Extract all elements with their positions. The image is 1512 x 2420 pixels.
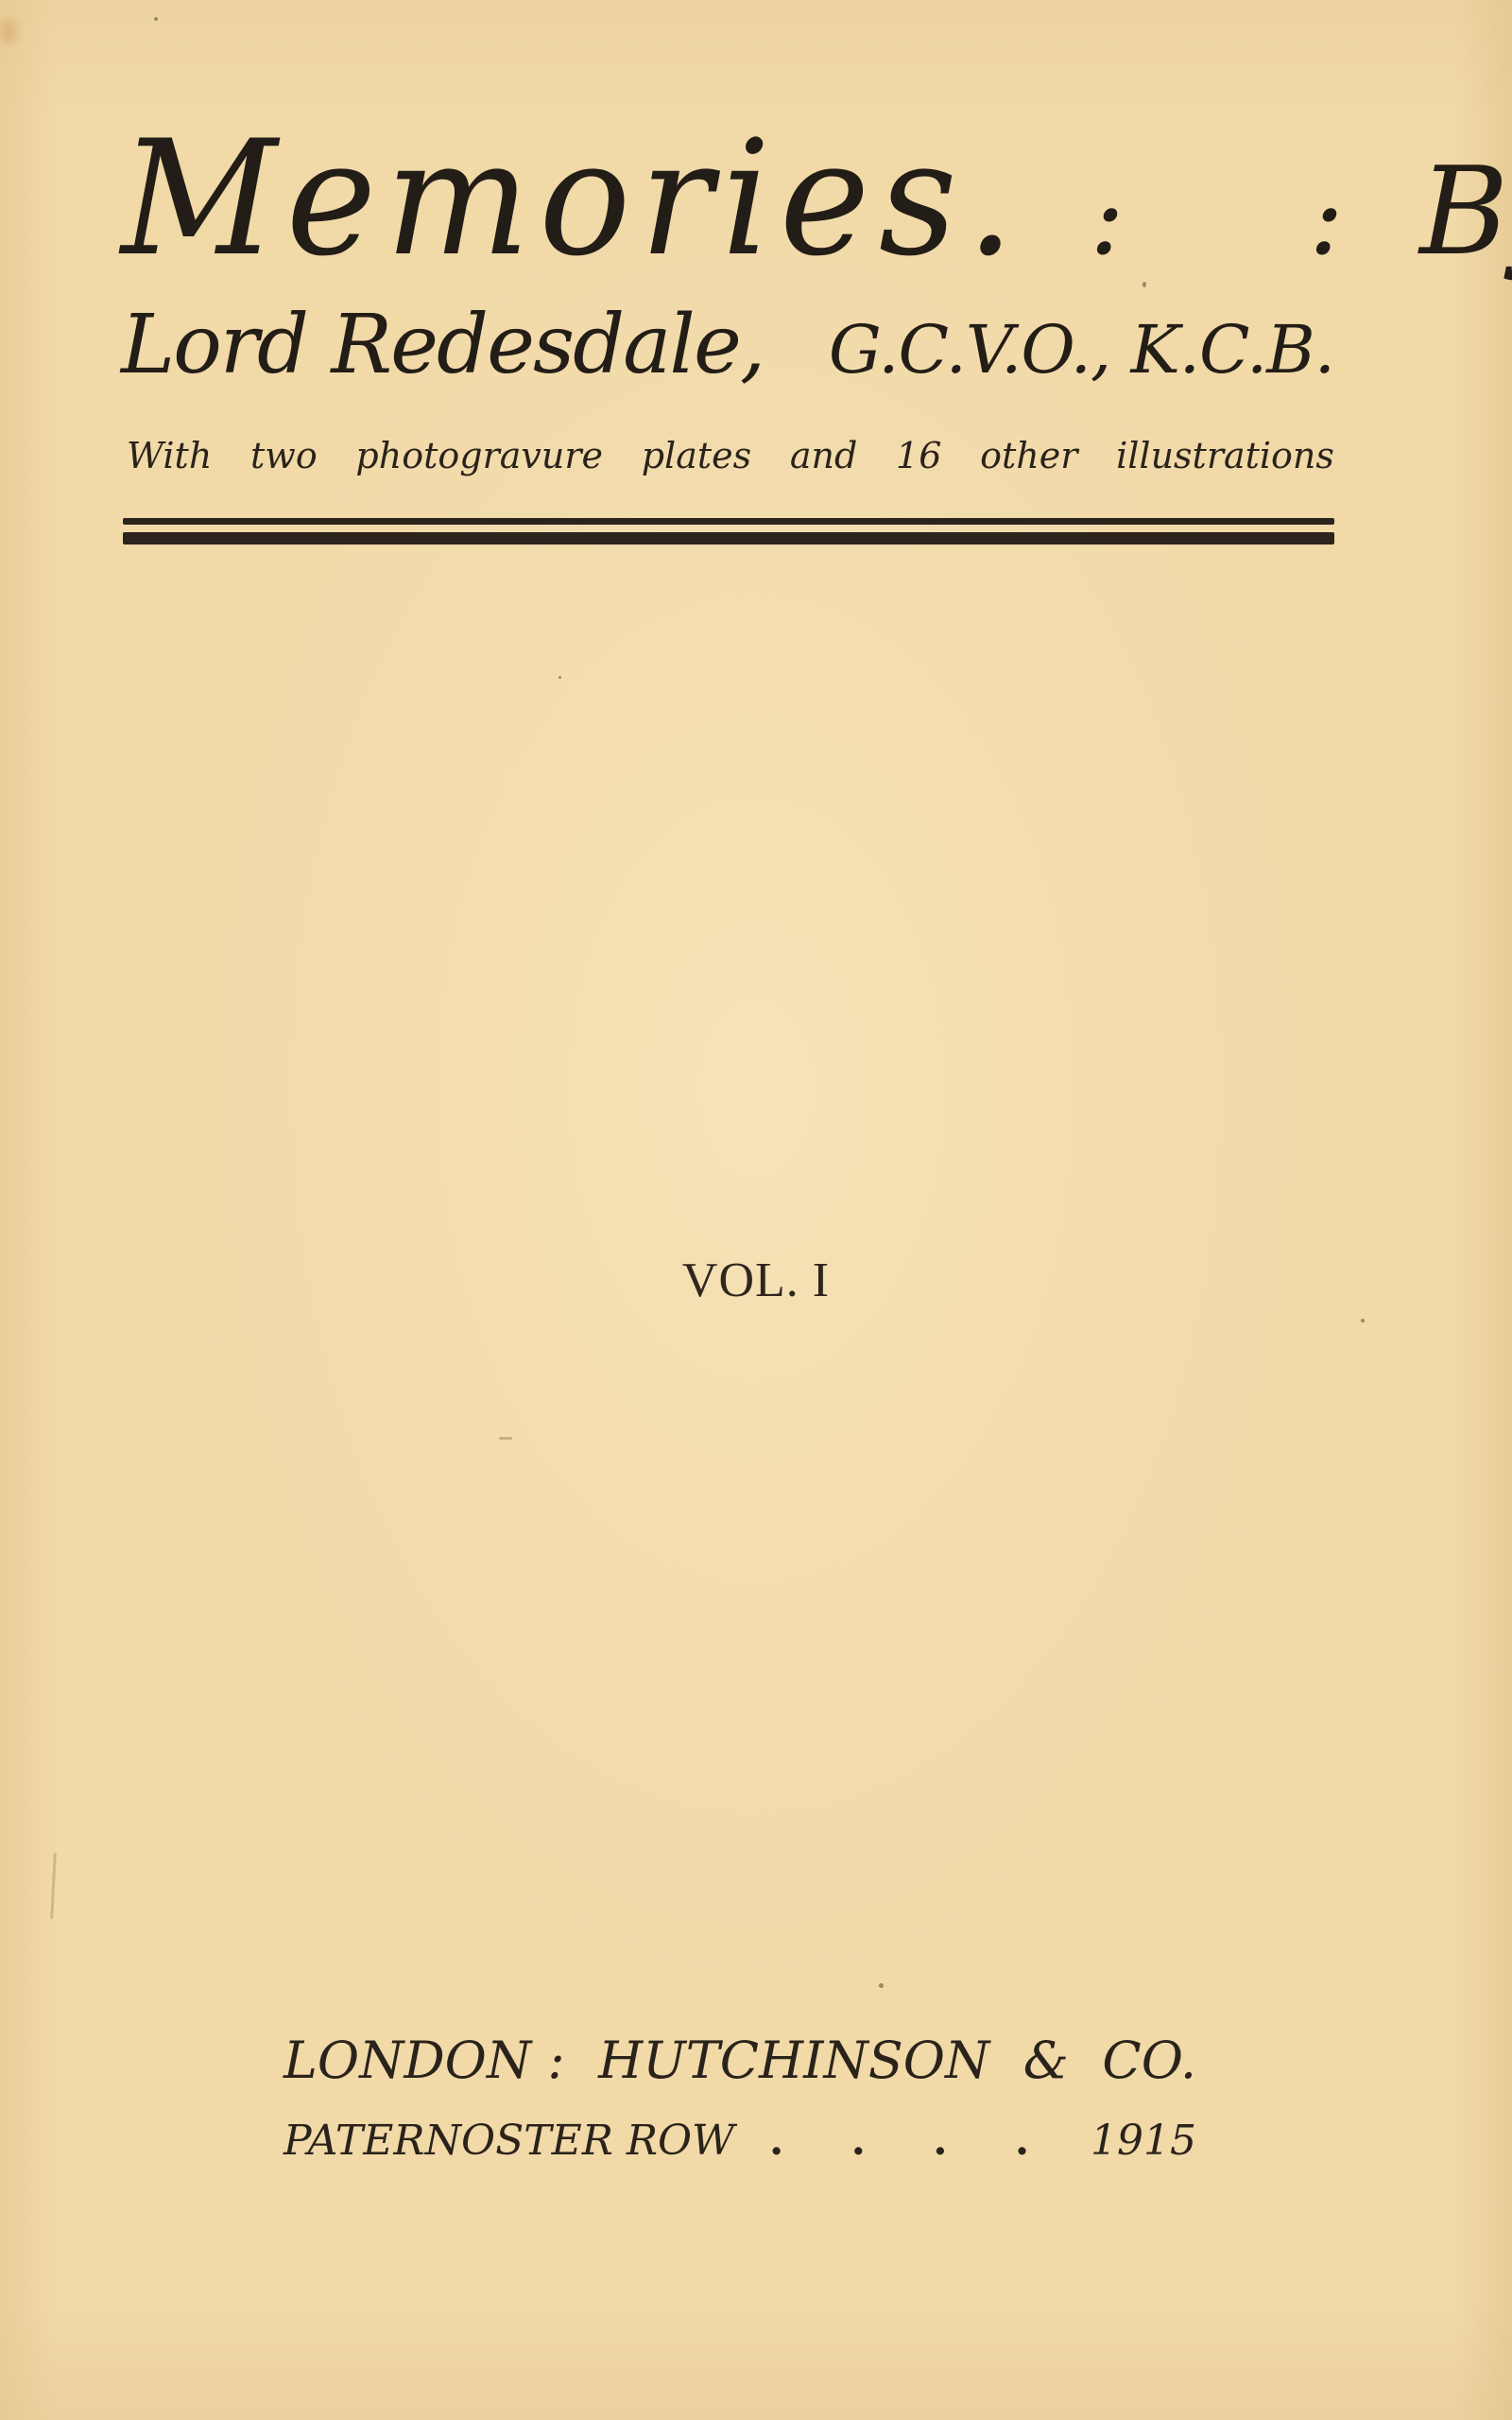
- subtitle-word: 16: [896, 427, 941, 484]
- leader-dots: . . . .: [769, 2108, 1056, 2174]
- publisher-ampersand: &: [1023, 2023, 1069, 2099]
- paper-speck: [558, 676, 561, 679]
- publisher-name: HUTCHINSON: [598, 2023, 989, 2099]
- publisher-street: PATERNOSTER ROW: [283, 2108, 734, 2174]
- double-rule-thick: [123, 532, 1334, 544]
- paper-crease: [50, 1853, 57, 1919]
- subtitle-word: With: [127, 427, 212, 484]
- paper-speck: [1361, 1319, 1365, 1322]
- subtitle-word: illustrations: [1116, 427, 1334, 484]
- paper-speck: [499, 1437, 512, 1440]
- by-label: By: [1419, 128, 1512, 298]
- publisher-company: CO.: [1102, 2023, 1196, 2099]
- publisher-city: LONDON :: [283, 2023, 565, 2099]
- title-page: Memories. : : By Lord Redesdale, G.C.V.O…: [0, 0, 1512, 2420]
- subtitle-word: plates: [642, 427, 751, 484]
- book-title: Memories.: [121, 113, 1023, 284]
- book-title-line: Memories. : : By: [121, 113, 1334, 284]
- author-honours: G.C.V.O., K.C.B.: [829, 298, 1334, 402]
- publisher-line: LONDON : HUTCHINSON & CO.: [283, 2023, 1196, 2099]
- address-line: PATERNOSTER ROW . . . . 1915: [283, 2108, 1196, 2174]
- title-separator: : :: [1090, 132, 1419, 302]
- author-name: Lord Redesdale,: [121, 293, 764, 397]
- author-line: Lord Redesdale, G.C.V.O., K.C.B.: [121, 293, 1334, 406]
- paper-speck: [879, 1983, 884, 1988]
- subtitle-word: photogravure: [355, 427, 603, 484]
- paper-stain: [0, 19, 17, 43]
- subtitle-line: With two photogravure plates and 16 othe…: [127, 427, 1334, 484]
- subtitle-word: other: [980, 427, 1077, 484]
- subtitle-word: and: [790, 427, 857, 484]
- double-rule-thin: [123, 518, 1334, 525]
- publication-year: 1915: [1091, 2108, 1196, 2174]
- volume-label: VOL. I: [0, 1248, 1512, 1314]
- paper-speck: [154, 17, 158, 21]
- subtitle-word: two: [250, 427, 318, 484]
